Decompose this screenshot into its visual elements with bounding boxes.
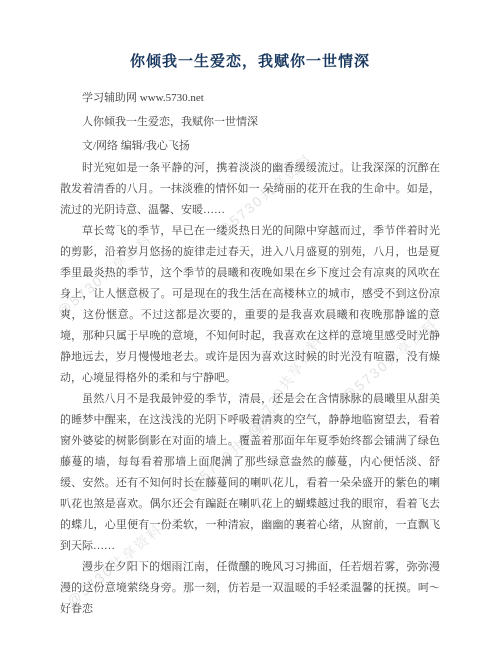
article: 你倾我一生爱恋，我赋你一世情深 学习辅助网 www.5730.net 人你倾我一…	[0, 0, 500, 620]
paragraph-2: 草长莺飞的季节，早已在一缕炎热日光的间隙中穿越而过，季节伴着时光的剪影，沿着岁月…	[60, 221, 440, 389]
document-page: @5730共享资料 @5730共享资料 @5730共享资料 @5730共享资料 …	[0, 0, 500, 647]
subtitle-line: 人你倾我一生爱恋，我赋你一世情深	[60, 110, 440, 134]
byline: 文/网络 编辑/我心飞扬	[60, 134, 440, 158]
paragraph-4: 漫步在夕阳下的烟雨江南，任微醺的晚风习习拂面，任若烟若雾，弥弥漫漫的这份意境萦绕…	[60, 557, 440, 620]
meta-block: 学习辅助网 www.5730.net 人你倾我一生爱恋，我赋你一世情深 文/网络…	[60, 86, 440, 158]
paragraph-3: 虽然八月不是我最钟爱的季节，清晨，还是会在含情脉脉的晨曦里从甜美的睡梦中醒来，在…	[60, 389, 440, 557]
site-line: 学习辅助网 www.5730.net	[60, 86, 440, 110]
paragraph-1: 时光宛如是一条平静的河，携着淡淡的幽香缓缓流过。让我深深的沉醉在散发着清香的八月…	[60, 158, 440, 221]
article-title: 你倾我一生爱恋，我赋你一世情深	[60, 52, 440, 72]
